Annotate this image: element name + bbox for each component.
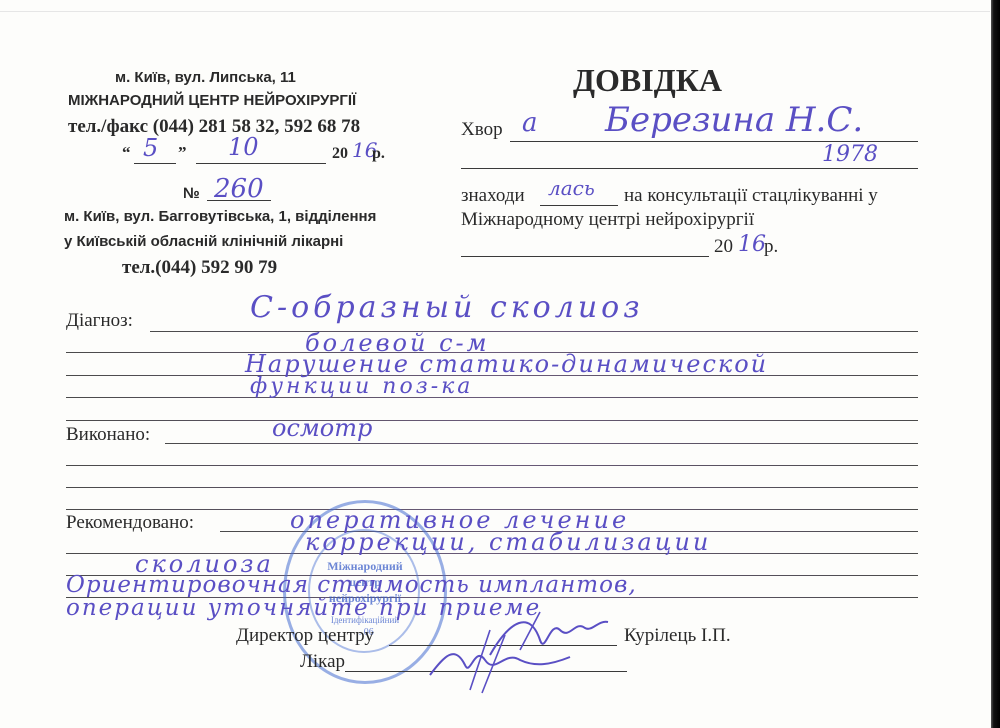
stay-suffix: лась	[548, 176, 595, 200]
recommended-label: Рекомендовано:	[66, 512, 194, 534]
stay-text: на консультації стацлікуванні у	[624, 185, 878, 207]
date-year-prefix: 20	[332, 145, 348, 163]
patient-underline-2	[461, 168, 918, 169]
performed-line-2	[66, 465, 918, 466]
performed-label: Виконано:	[66, 424, 150, 446]
diagnosis-line-1	[150, 331, 918, 332]
patient-gender-suffix: а	[522, 108, 538, 138]
document-title: ДОВІДКА	[573, 62, 722, 99]
address-line: м. Київ, вул. Липська, 11	[115, 69, 296, 86]
center-text: Міжнародному центрі нейрохірургії	[461, 209, 754, 231]
patient-label: Хвор	[461, 119, 503, 141]
performed-line-3	[66, 487, 918, 488]
performed-line-1	[165, 443, 918, 444]
date-month: 10	[228, 133, 259, 161]
recommended-text-2: коррекции, стабилизации	[305, 528, 711, 556]
director-name: Курілець І.П.	[624, 625, 731, 647]
stay-date-underline	[461, 256, 709, 257]
phone-fax: тел./факс (044) 281 58 32, 592 68 78	[68, 116, 360, 138]
org-name: МІЖНАРОДНИЙ ЦЕНТР НЕЙРОХІРУРГІЇ	[68, 92, 356, 109]
stay-year-unit: р.	[764, 236, 778, 258]
branch-address: м. Київ, вул. Багговутівська, 1, відділе…	[64, 208, 376, 225]
diagnosis-line-4	[66, 397, 918, 398]
patient-birth-year: 1978	[822, 142, 878, 167]
performed-top-line	[66, 420, 918, 421]
stay-year-suffix: 16	[738, 232, 766, 257]
performed-text-1: осмотр	[272, 414, 372, 442]
date-close-quote: ”	[178, 143, 187, 163]
date-open-quote: “	[122, 143, 131, 163]
stay-label: знаходи	[461, 185, 525, 207]
number-label: №	[183, 185, 200, 202]
doctor-label: Лікар	[300, 651, 345, 673]
scan-edge-shadow	[991, 0, 1000, 728]
branch-phone: тел.(044) 592 90 79	[122, 257, 277, 279]
diagnosis-text-1: С-образный сколиоз	[250, 290, 644, 325]
day-underline	[134, 163, 176, 164]
diagnosis-text-4: функции поз-ка	[250, 374, 473, 399]
branch-hospital: у Київській обласній клінічній лікарні	[64, 233, 343, 250]
date-year-unit: р.	[372, 145, 385, 163]
stay-year-prefix: 20	[714, 236, 733, 258]
page-edge-line	[0, 11, 990, 12]
patient-name: Березина Н.С.	[605, 100, 863, 140]
doctor-signature-icon	[420, 615, 580, 695]
director-label: Директор центру	[236, 625, 374, 647]
number-value: 260	[214, 174, 264, 204]
diagnosis-label: Діагноз:	[66, 310, 133, 332]
stay-underline	[540, 205, 618, 206]
date-day: 5	[143, 134, 158, 162]
month-underline	[196, 163, 326, 164]
